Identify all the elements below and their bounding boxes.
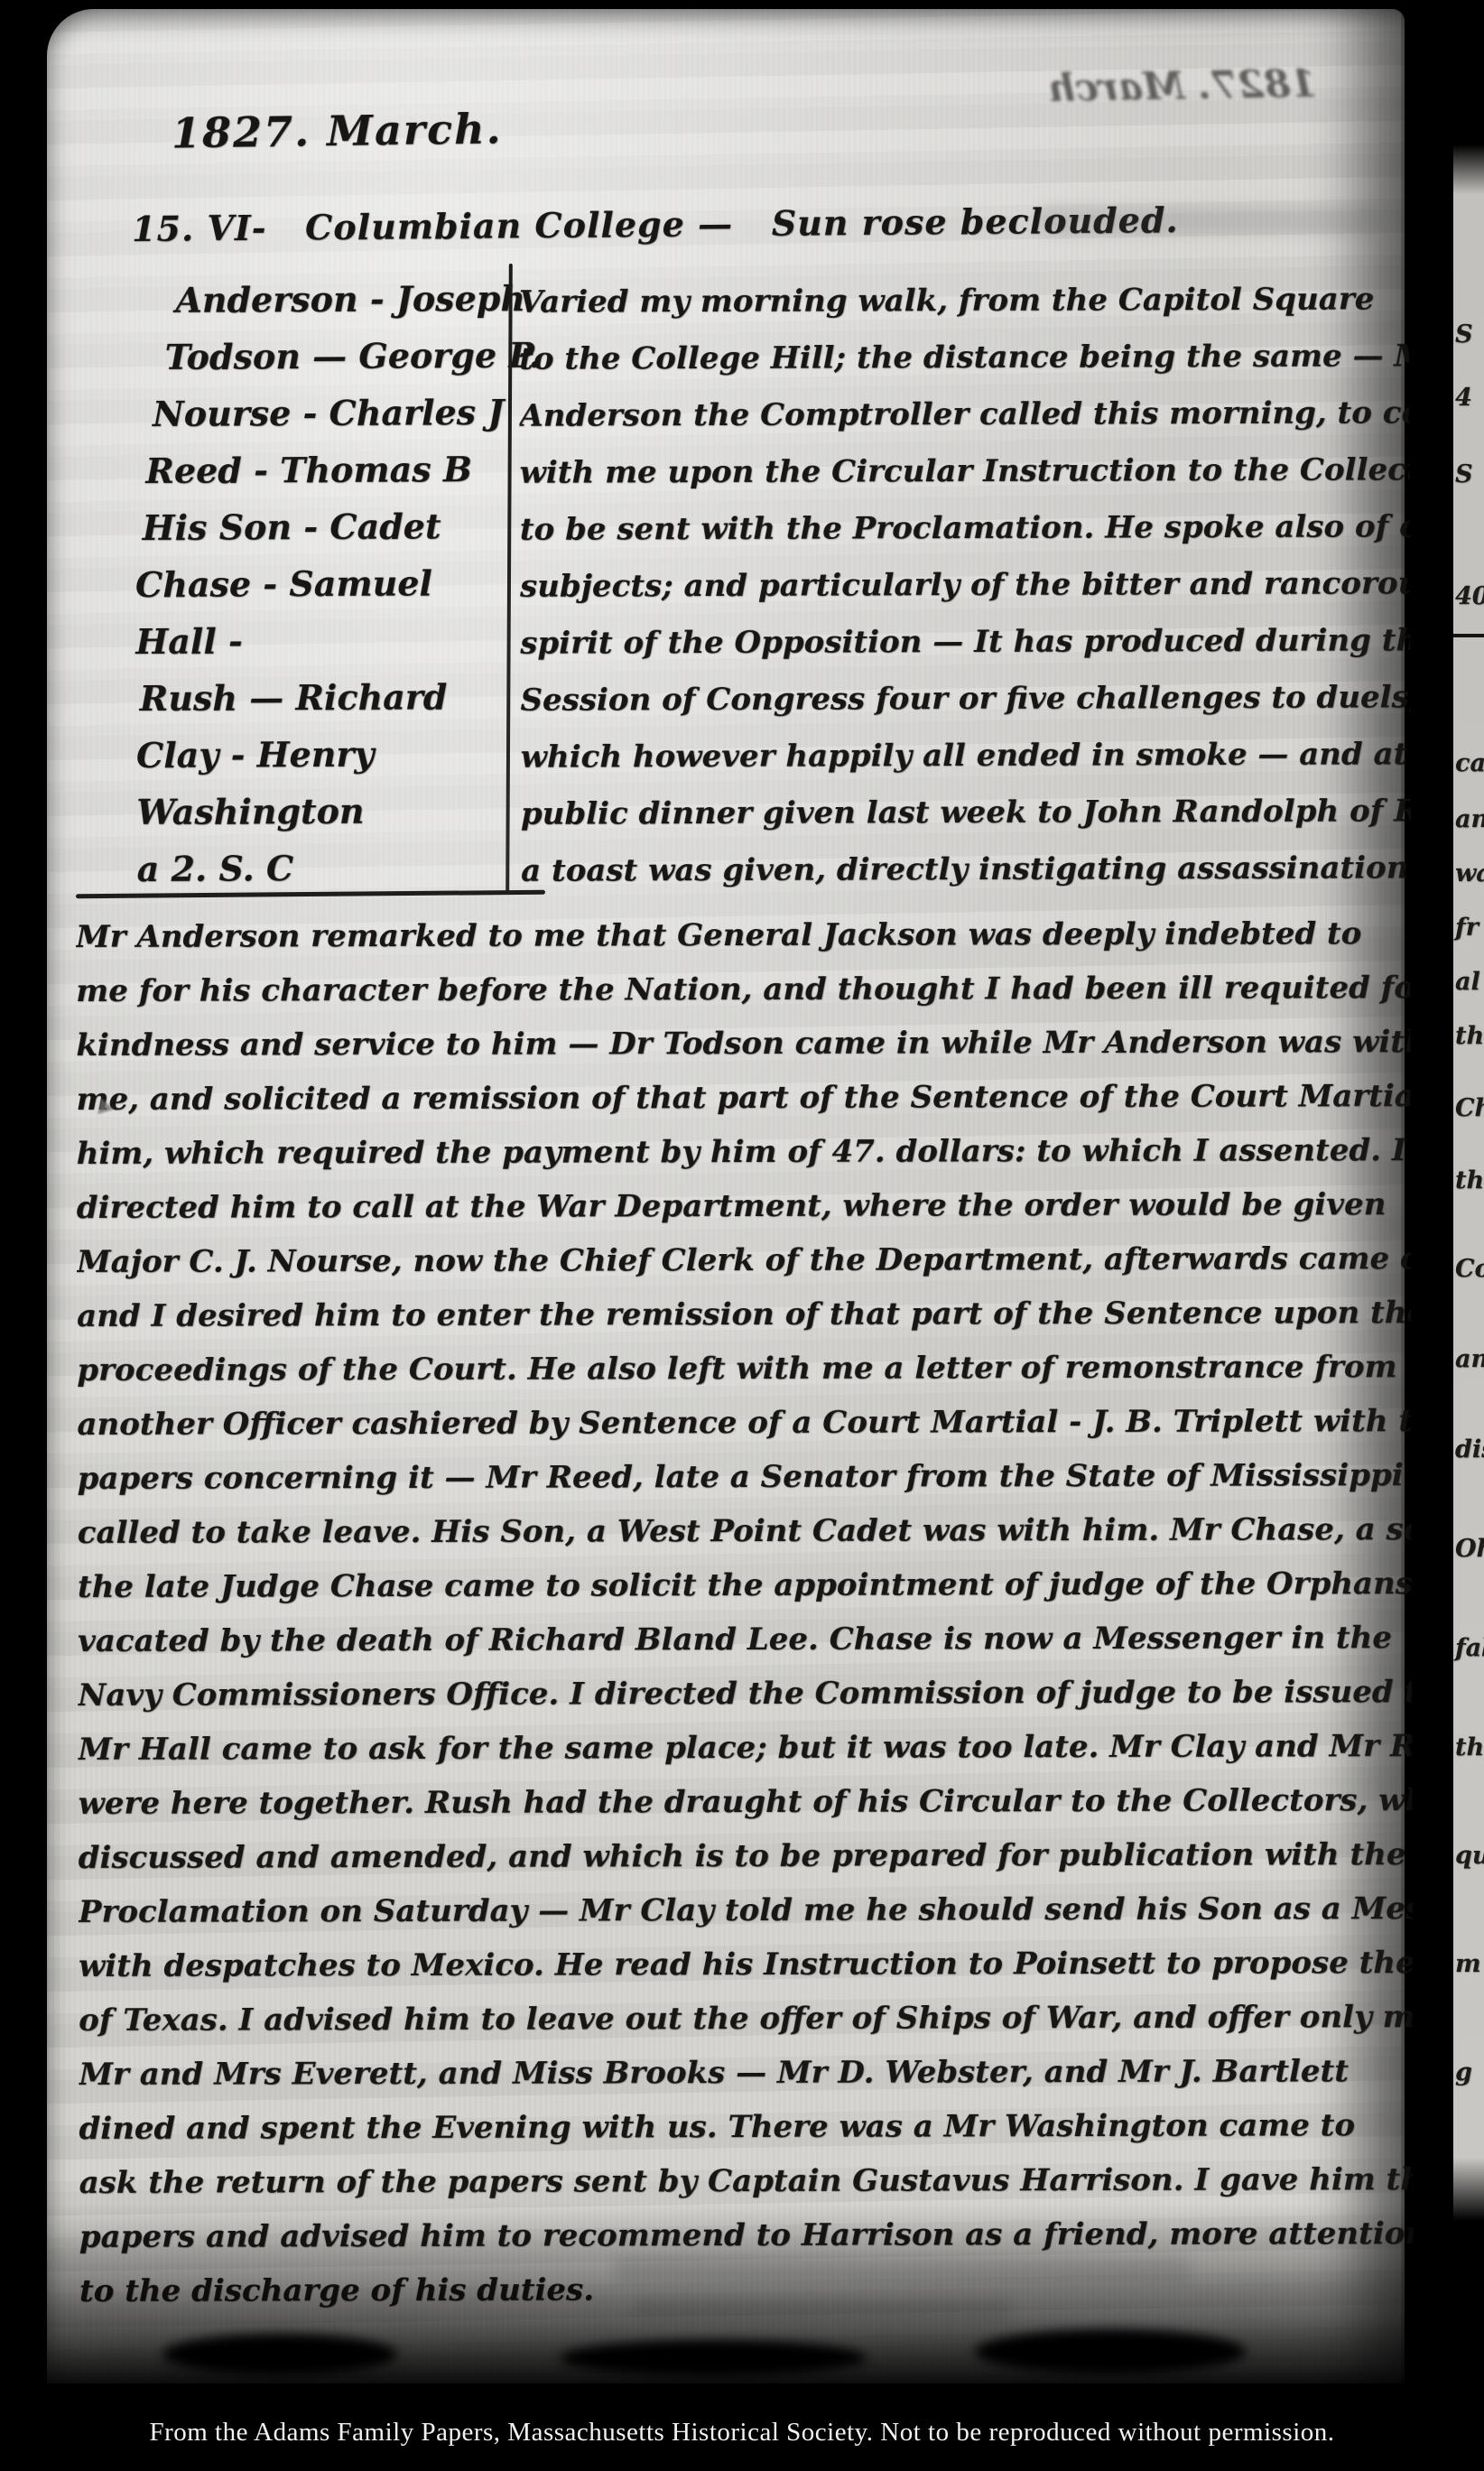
ghost-bleedthrough-header: 1827. March: [975, 60, 1391, 111]
list-item: Clay - Henry: [136, 725, 497, 784]
cutoff-text-fragment: th: [1455, 1022, 1484, 1050]
body-line: were here together. Rush had the draught…: [78, 1773, 1412, 1831]
body-line: papers concerning it — Mr Reed, late a S…: [78, 1448, 1412, 1506]
list-item: Chase - Samuel: [135, 554, 496, 613]
scanned-diary-page: 1827. March. 15. VI- Columbian College —…: [0, 0, 1484, 2471]
ghost-bleedthrough-marks: [1038, 206, 1381, 235]
list-item: Washington: [136, 782, 497, 841]
entry-line: Varied my morning walk, from the Capitol…: [519, 271, 1409, 330]
entry-column: Varied my morning walk, from the Capitol…: [519, 271, 1411, 887]
cutoff-text-fragment: Oh: [1455, 1535, 1484, 1563]
entry-line: Anderson the Comptroller called this mor…: [519, 385, 1409, 444]
body-line: Mr and Mrs Everett, and Miss Brooks — Mr…: [79, 2044, 1413, 2102]
body-line: directed him to call at the War Departme…: [77, 1177, 1411, 1235]
entry-line: spirit of the Opposition — It has produc…: [520, 612, 1410, 672]
cutoff-text-fragment: 40: [1455, 582, 1484, 610]
list-item: Reed - Thomas B: [134, 441, 496, 499]
body-line: called to take leave. His Son, a West Po…: [78, 1502, 1412, 1560]
entry-line: subjects; and particularly of the bitter…: [520, 555, 1410, 615]
body-line: Mr Anderson remarked to me that General …: [76, 906, 1410, 964]
cutoff-text-fragment: quo: [1455, 1842, 1484, 1870]
manuscript-paper: 1827. March. 15. VI- Columbian College —…: [47, 9, 1405, 2383]
cutoff-text-fragment: tha: [1455, 1166, 1484, 1194]
body-line: Navy Commissioners Office. I directed th…: [78, 1665, 1412, 1723]
body-line: Major C. J. Nourse, now the Chief Clerk …: [77, 1231, 1411, 1289]
entry-line: a toast was given, directly instigating …: [521, 840, 1411, 887]
page-bottom-fade: [0, 2203, 1484, 2411]
cutoff-text-fragment: al: [1455, 968, 1484, 996]
cutoff-text-fragment: an: [1455, 1345, 1484, 1373]
cutoff-text-fragment: an: [1455, 805, 1484, 833]
visitor-name-list: Anderson - Joseph Todson — George P. Nou…: [134, 270, 498, 897]
cutoff-text-fragment: g: [1455, 2058, 1484, 2086]
body-line: me, and solicited a remission of that pa…: [76, 1069, 1410, 1127]
entry-line: to be sent with the Proclamation. He spo…: [520, 498, 1410, 558]
body-line: of Texas. I advised him to leave out the…: [79, 1990, 1413, 2048]
cutoff-text-fragment: fr: [1455, 914, 1484, 942]
body-line: another Officer cashiered by Sentence of…: [77, 1394, 1411, 1452]
diary-body: Mr Anderson remarked to me that General …: [76, 906, 1414, 2327]
entry-line: with me upon the Circular Instruction to…: [519, 441, 1409, 501]
list-item: Todson — George P.: [134, 327, 496, 386]
archive-caption: From the Adams Family Papers, Massachuse…: [0, 2418, 1484, 2448]
book-gutter-shadow: [1401, 0, 1459, 2471]
body-line: discussed and amended, and which is to b…: [79, 1827, 1413, 1885]
body-line: him, which required the payment by him o…: [77, 1123, 1411, 1181]
cutoff-text-fragment: wa: [1455, 859, 1484, 887]
body-line: Proclamation on Saturday — Mr Clay told …: [79, 1881, 1413, 1939]
list-item: Hall -: [135, 611, 496, 670]
scan-shadow-blob: [560, 2340, 867, 2376]
facing-page-sliver: S 4 S 40 ca an wa fr al th Ch tha Cole a…: [1453, 144, 1484, 2221]
entry-heading: 15. VI- Columbian College — Sun rose bec…: [132, 200, 1179, 249]
body-line: dined and spent the Evening with us. The…: [79, 2098, 1413, 2156]
cutoff-rule-line: [1453, 634, 1484, 637]
entry-line: which however happily all ended in smoke…: [521, 726, 1411, 785]
scan-shadow-blob: [162, 2334, 397, 2375]
list-item: a 2. S. C: [136, 839, 497, 897]
body-line: with despatches to Mexico. He read his I…: [79, 1936, 1413, 1993]
date-heading: 1827. March.: [172, 104, 503, 157]
list-item: Rush — Richard: [135, 668, 496, 727]
body-line: vacated by the death of Richard Bland Le…: [78, 1611, 1412, 1668]
cutoff-text-fragment: ca: [1455, 749, 1484, 777]
body-line: kindness and service to him — Dr Todson …: [76, 1015, 1410, 1073]
list-item: Nourse - Charles J: [134, 384, 496, 442]
body-line: and I desired him to enter the remission…: [77, 1286, 1411, 1343]
body-line: ask the return of the papers sent by Cap…: [79, 2152, 1414, 2210]
cutoff-text-fragment: the: [1455, 1733, 1484, 1761]
body-line: proceedings of the Court. He also left w…: [77, 1340, 1411, 1398]
list-item: Anderson - Joseph: [134, 270, 495, 329]
cutoff-text-fragment: m: [1455, 1950, 1484, 1978]
list-item: His Son - Cadet: [135, 497, 496, 556]
scan-shadow-blob: [975, 2329, 1246, 2374]
entry-line: public dinner given last week to John Ra…: [521, 783, 1411, 842]
entry-line: Session of Congress four or five challen…: [520, 669, 1410, 729]
cutoff-text-fragment: Ch: [1455, 1094, 1484, 1122]
body-line: Mr Hall came to ask for the same place; …: [78, 1719, 1412, 1777]
cutoff-text-fragment: fab: [1455, 1634, 1484, 1662]
body-line: me for his character before the Nation, …: [76, 961, 1410, 1018]
cutoff-text-fragment: S: [1455, 460, 1484, 488]
cutoff-text-fragment: S: [1455, 320, 1484, 348]
body-line: the late Judge Chase came to solicit the…: [78, 1556, 1412, 1614]
cutoff-text-fragment: dis: [1455, 1435, 1484, 1463]
entry-line: to the College Hill; the distance being …: [519, 328, 1409, 387]
cutoff-text-fragment: 4: [1455, 384, 1484, 412]
cutoff-text-fragment: Cole: [1455, 1255, 1484, 1283]
